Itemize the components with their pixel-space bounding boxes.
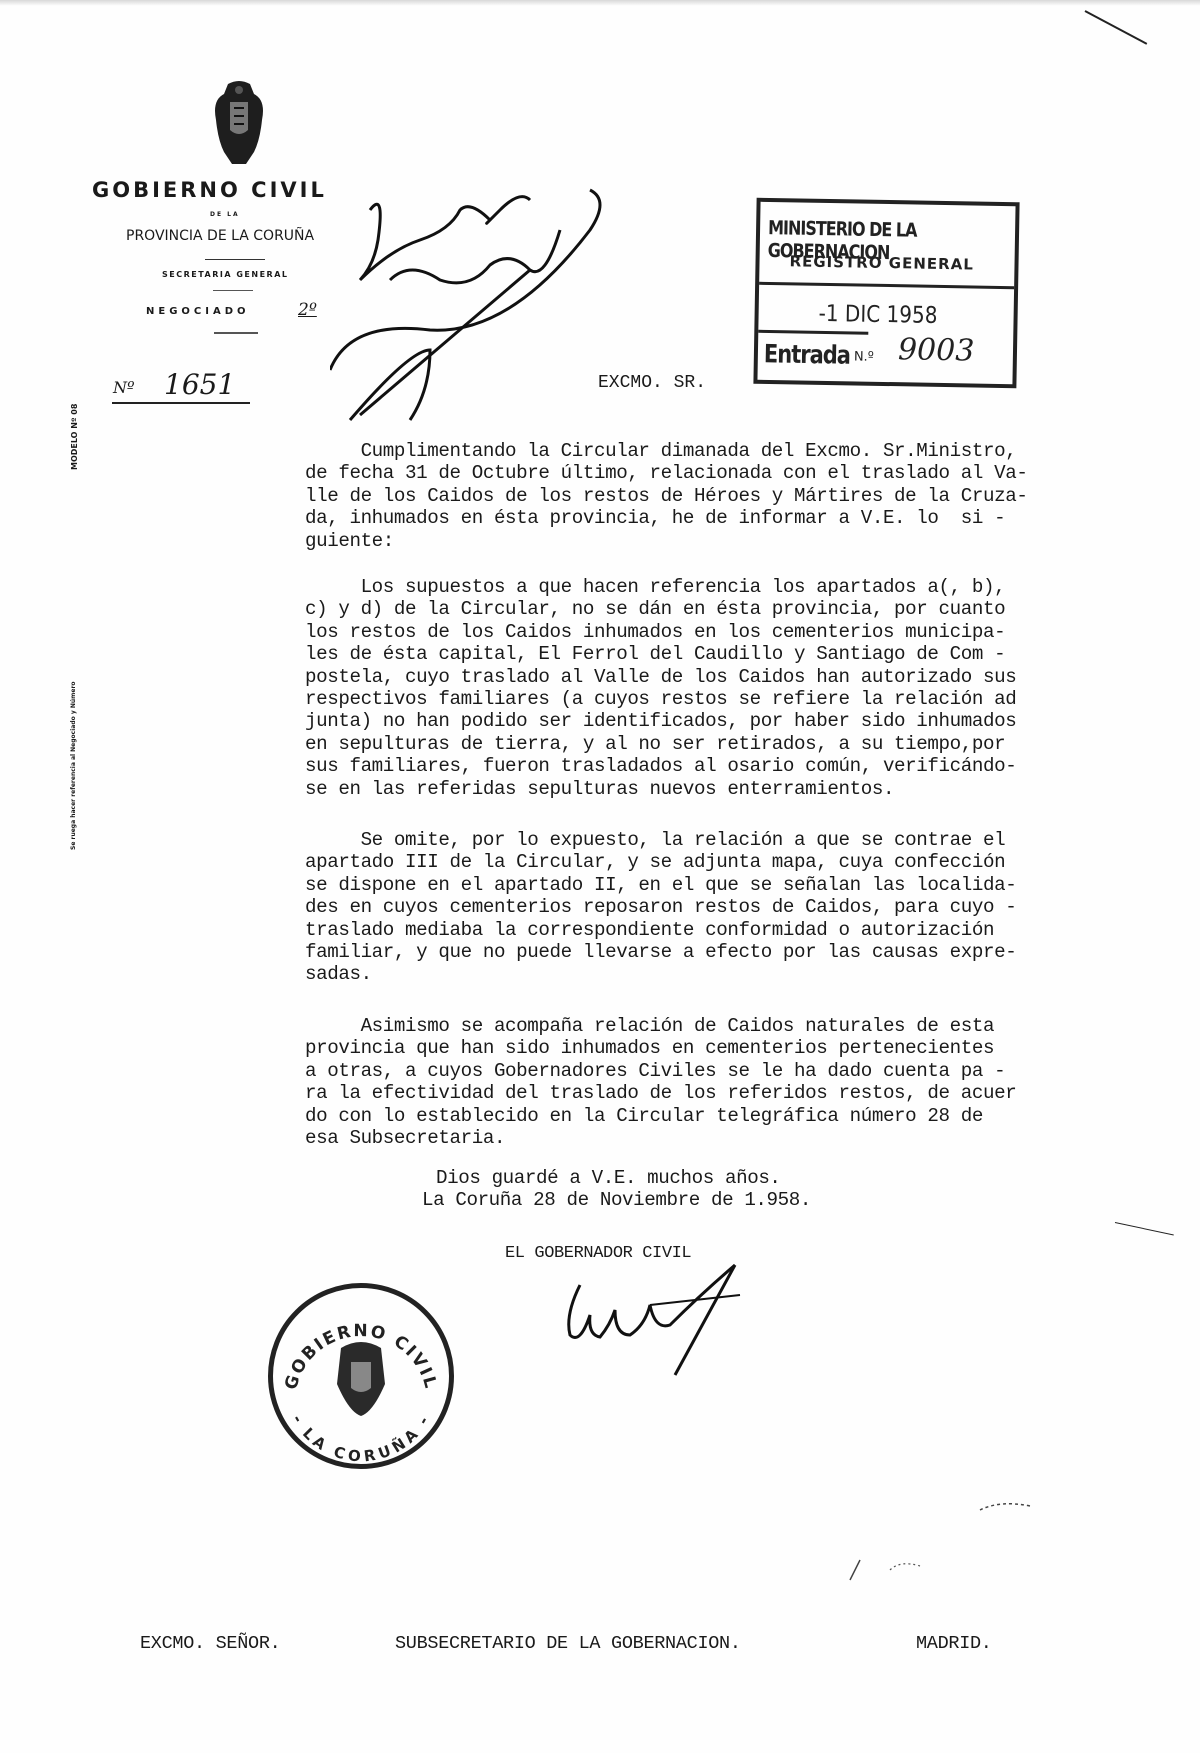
pencil-marks (840, 1500, 1040, 1590)
document-page: GOBIERNO CIVIL DE LA PROVINCIA DE LA COR… (0, 0, 1200, 1753)
seal-bottom-text: - LA CORUÑA - (288, 1412, 433, 1464)
letterhead-de-la: DE LA (210, 211, 240, 218)
seal-emblem-icon: GOBIERNO CIVIL - LA CORUÑA - (273, 1288, 449, 1464)
stamp-date: -1 DIC 1958 (818, 299, 937, 329)
signature (560, 1255, 790, 1385)
divider (758, 330, 868, 335)
addressee-city: MADRID. (916, 1633, 992, 1654)
salutation: EXCMO. SR. (598, 373, 706, 393)
letterhead-title: GOBIERNO CIVIL (92, 178, 327, 202)
paragraph: Cumplimentando la Circular dimanada del … (305, 440, 1185, 552)
divider (112, 402, 250, 404)
stamp-entry-number: 9003 (898, 332, 975, 368)
svg-text:- LA CORUÑA -: - LA CORUÑA - (288, 1412, 433, 1464)
divider (214, 332, 258, 334)
reference-number-label: Nº (113, 378, 135, 397)
scan-artifact (1085, 10, 1148, 45)
registry-stamp: MINISTERIO DE LA GOBERNACION REGISTRO GE… (753, 198, 1019, 389)
stamp-registry: REGISTRO GENERAL (789, 252, 974, 273)
margin-model-number: MODELO Nº 08 (70, 404, 79, 470)
divider (213, 290, 253, 291)
eagle-coat-of-arms-icon (208, 80, 270, 166)
official-seal: GOBIERNO CIVIL - LA CORUÑA - (268, 1283, 454, 1469)
letterhead-province: PROVINCIA DE LA CORUÑA (126, 228, 314, 244)
addressee-title: SUBSECRETARIO DE LA GOBERNACION. (395, 1633, 741, 1654)
paragraph: Los supuestos a que hacen referencia los… (305, 576, 1185, 800)
scan-artifact (1115, 1222, 1174, 1235)
paragraph: Se omite, por lo expuesto, la relación a… (305, 829, 1185, 986)
section-label: NEGOCIADO (146, 306, 250, 317)
closing-place-date: La Coruña 28 de Noviembre de 1.958. (422, 1189, 811, 1211)
paragraph: Asimismo se acompaña relación de Caidos … (305, 1015, 1185, 1149)
stamp-entry-no-label: N.º (854, 349, 874, 364)
letterhead-department: SECRETARIA GENERAL (162, 270, 289, 279)
closing-blessing: Dios guardé a V.E. muchos años. (436, 1167, 781, 1189)
addressee-honorific: EXCMO. SEÑOR. (140, 1633, 280, 1654)
reference-number-value: 1651 (164, 368, 235, 401)
stamp-entry-label: Entrada (764, 339, 851, 369)
section-value: 2º (298, 300, 317, 320)
margin-instruction: Se ruega hacer referencia al Negociado y… (70, 681, 77, 850)
divider (759, 282, 1014, 289)
signer-title: EL GOBERNADOR CIVIL (505, 1244, 691, 1263)
scan-edge (0, 0, 1200, 6)
divider (205, 259, 265, 260)
closing-block: Dios guardé a V.E. muchos años. La Coruñ… (436, 1167, 811, 1212)
